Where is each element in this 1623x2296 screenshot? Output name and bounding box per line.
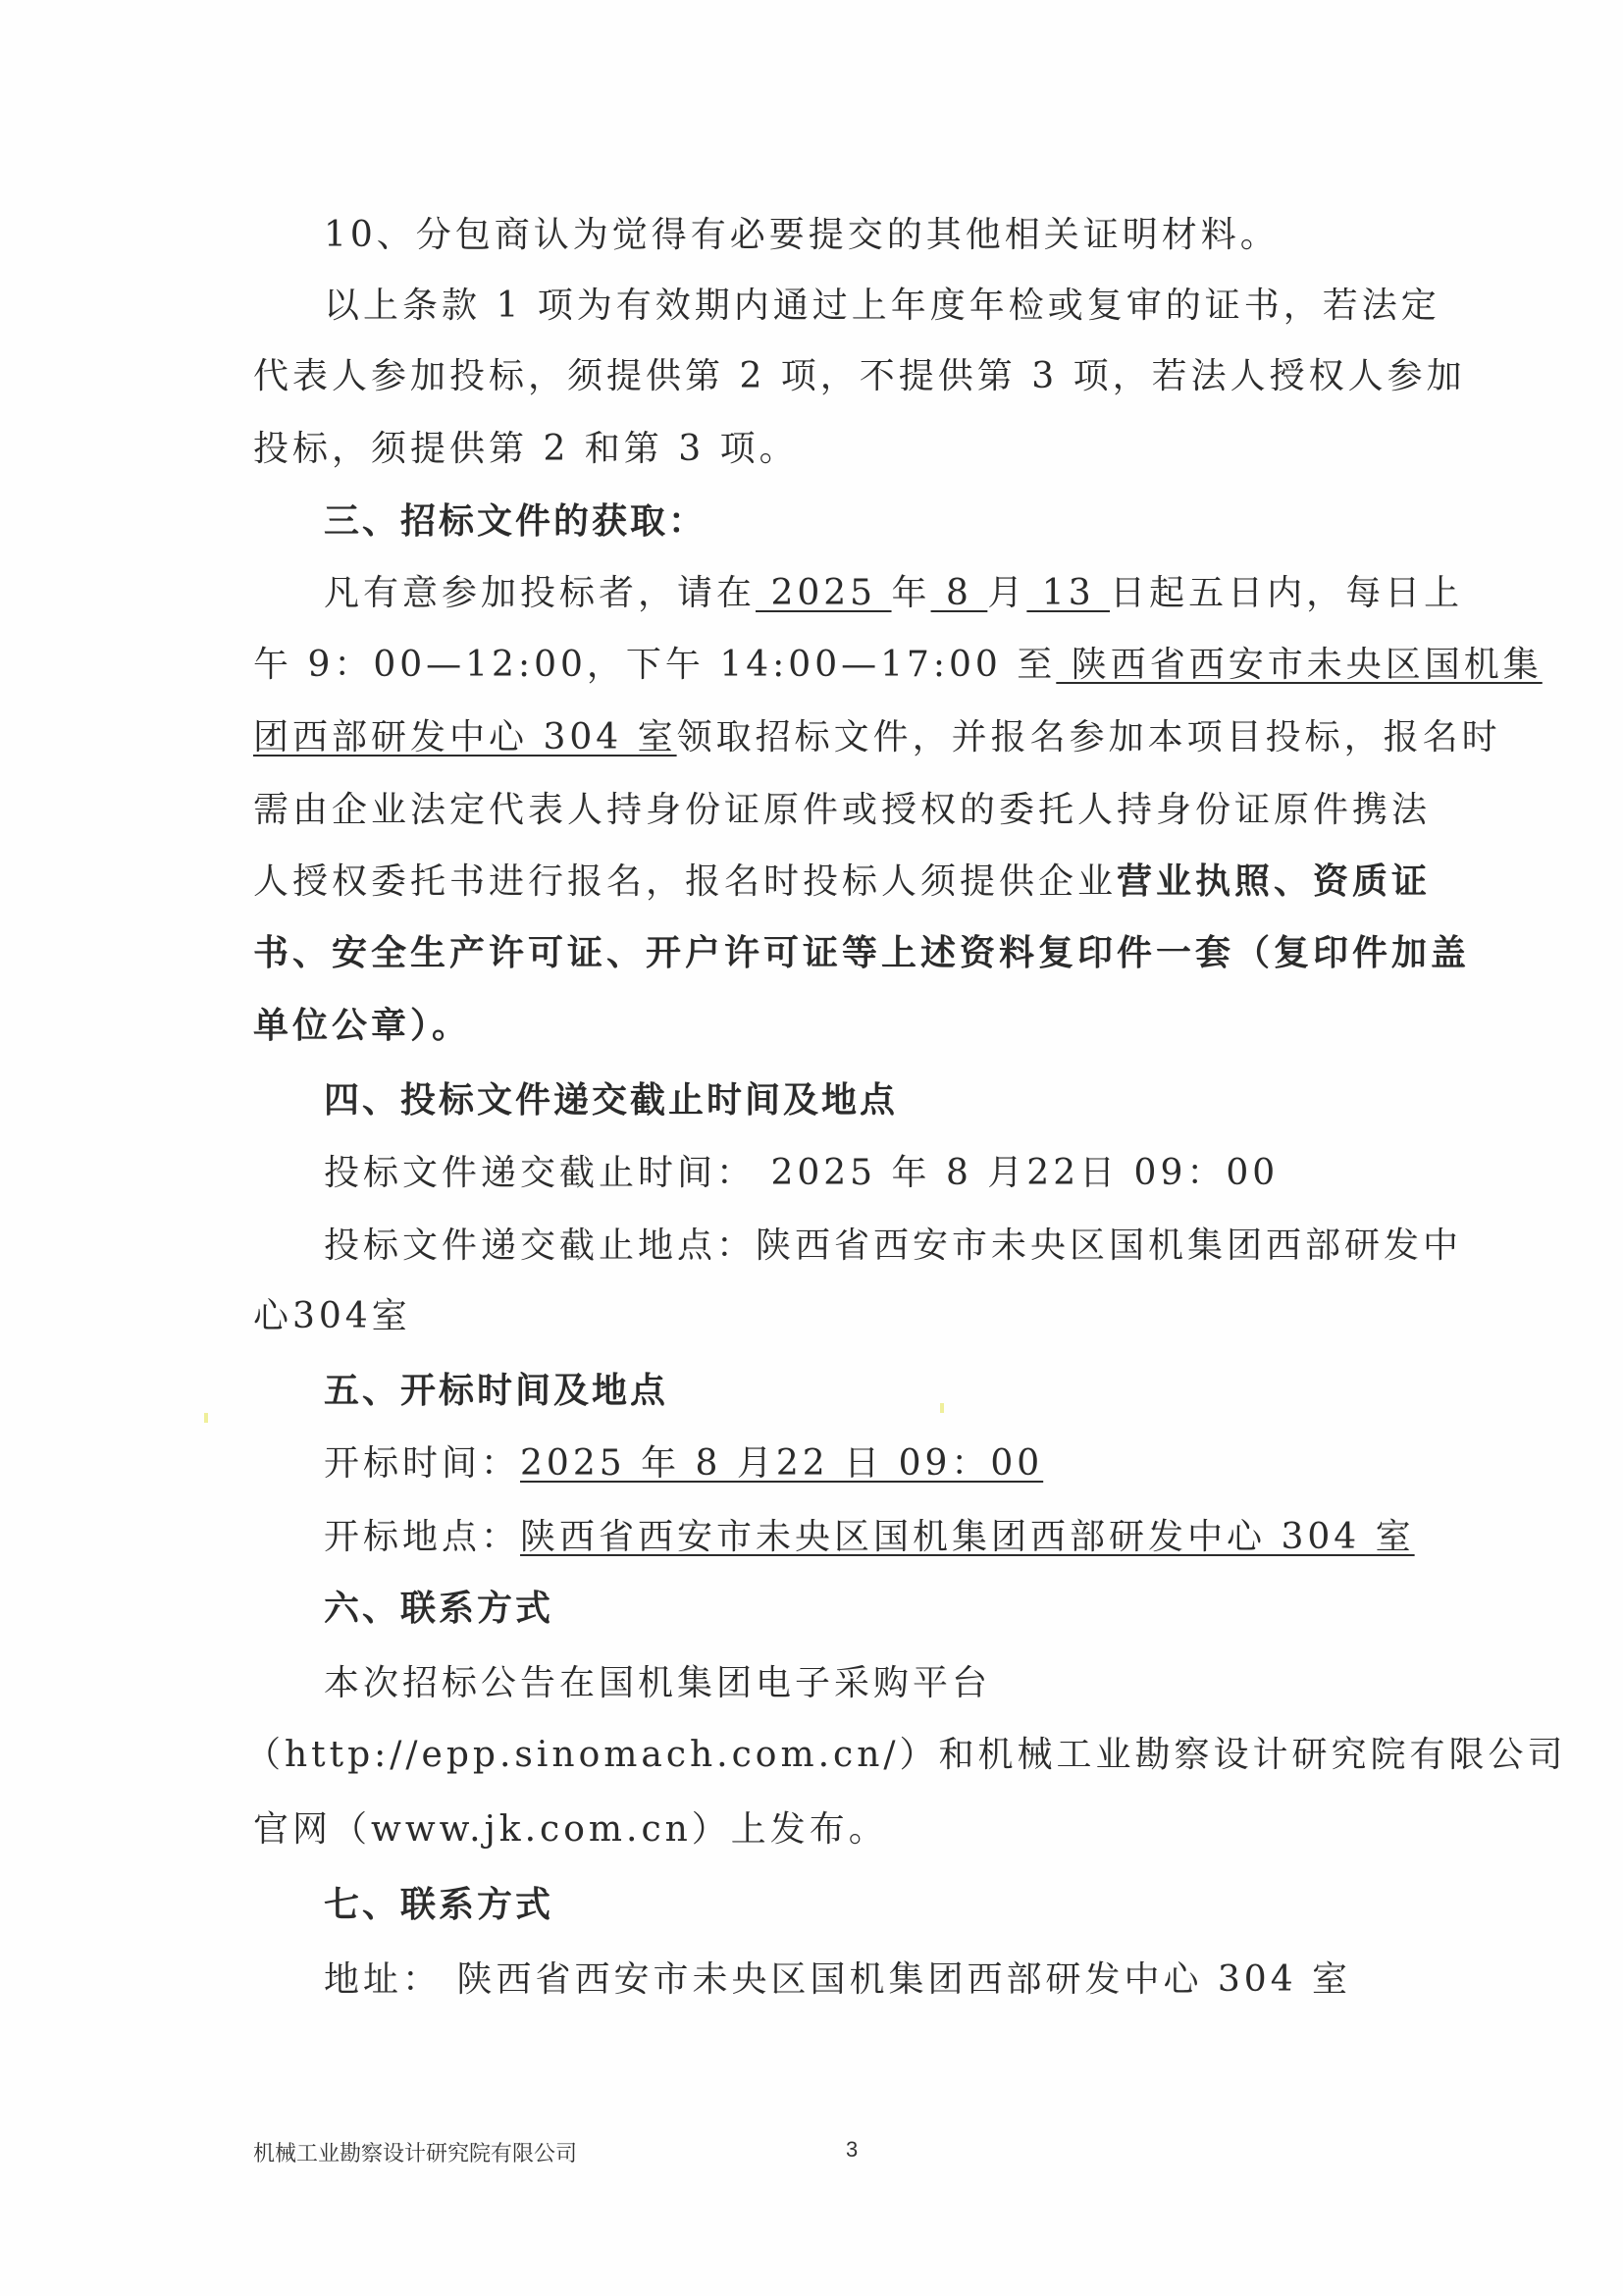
label: 开标地点： xyxy=(324,1517,520,1557)
text: 日起五日内，每日上 xyxy=(1110,573,1463,613)
section-6-line-3: 官网（www.jk.com.cn）上发布。 xyxy=(253,1808,888,1852)
section-3-heading: 三、招标文件的获取： xyxy=(324,500,707,544)
deadline-time: 投标文件递交截止时间： 2025 年 8 月22日 09：00 xyxy=(324,1152,1279,1195)
year-field: 2025 xyxy=(756,573,892,613)
section-3-line-4: 需由企业法定代表人持身份证原件或授权的委托人持身份证原件携法 xyxy=(253,789,1431,832)
section-3-line-2: 午 9：00—12:00，下午 14:00—17:00 至 陕西省西安市未央区国… xyxy=(253,644,1543,687)
footer-company: 机械工业勘察设计研究院有限公司 xyxy=(253,2137,577,2167)
section-6-line-1: 本次招标公告在国机集团电子采购平台 xyxy=(324,1662,991,1705)
page-number: 3 xyxy=(846,2137,858,2163)
text: 午 9：00—12:00，下午 14:00—17:00 至 xyxy=(253,645,1056,685)
label: 开标时间： xyxy=(324,1443,520,1484)
deadline-place: 投标文件递交截止地点：陕西省西安市未央区国机集团西部研发中 xyxy=(324,1225,1462,1268)
text: 年 xyxy=(892,573,931,613)
paragraph-line: 代表人参加投标，须提供第 2 项，不提供第 3 项，若法人授权人参加 xyxy=(253,355,1466,398)
section-3-line-3: 团西部研发中心 304 室领取招标文件，并报名参加本项目投标，报名时 xyxy=(253,716,1501,759)
scan-speck xyxy=(204,1413,208,1423)
section-6-line-2: （http://epp.sinomach.com.cn/）和机械工业勘察设计研究… xyxy=(245,1734,1567,1777)
location-field: 团西部研发中心 304 室 xyxy=(253,717,677,757)
section-6-heading: 六、联系方式 xyxy=(324,1588,553,1631)
day-field: 13 xyxy=(1026,573,1110,613)
document-page: 10、分包商认为觉得有必要提交的其他相关证明材料。 以上条款 1 项为有效期内通… xyxy=(0,0,1623,2296)
text: 月 xyxy=(987,573,1026,613)
paragraph-line: 投标，须提供第 2 和第 3 项。 xyxy=(253,428,799,471)
deadline-place-cont: 心304室 xyxy=(253,1295,411,1338)
item-10: 10、分包商认为觉得有必要提交的其他相关证明材料。 xyxy=(324,214,1280,257)
section-3-line-5: 人授权委托书进行报名，报名时投标人须提供企业营业执照、资质证 xyxy=(253,861,1431,904)
section-7-heading: 七、联系方式 xyxy=(324,1884,553,1927)
section-4-heading: 四、投标文件递交截止时间及地点 xyxy=(324,1079,898,1122)
required-docs: 营业执照、资质证 xyxy=(1117,861,1431,902)
section-3-line-6: 书、安全生产许可证、开户许可证等上述资料复印件一套（复印件加盖 xyxy=(253,932,1470,975)
section-3-line-7: 单位公章）。 xyxy=(253,1005,471,1048)
text: 领取招标文件，并报名参加本项目投标，报名时 xyxy=(677,717,1501,757)
month-field: 8 xyxy=(931,573,988,613)
text: 凡有意参加投标者，请在 xyxy=(324,573,756,613)
opening-time-value: 2025 年 8 月22 日 09：00 xyxy=(520,1443,1043,1484)
section-5-heading: 五、开标时间及地点 xyxy=(324,1370,668,1413)
opening-time: 开标时间：2025 年 8 月22 日 09：00 xyxy=(324,1442,1043,1486)
scan-speck xyxy=(940,1403,944,1413)
location-field: 陕西省西安市未央区国机集 xyxy=(1056,645,1542,685)
opening-place: 开标地点：陕西省西安市未央区国机集团西部研发中心 304 室 xyxy=(324,1516,1415,1559)
paragraph-line: 以上条款 1 项为有效期内通过上年度年检或复审的证书，若法定 xyxy=(324,285,1440,328)
section-3-line-1: 凡有意参加投标者，请在 2025 年 8 月 13 日起五日内，每日上 xyxy=(324,572,1463,615)
text: 人授权委托书进行报名，报名时投标人须提供企业 xyxy=(253,861,1117,902)
contact-address: 地址： 陕西省西安市未央区国机集团西部研发中心 304 室 xyxy=(324,1958,1351,2002)
opening-place-value: 陕西省西安市未央区国机集团西部研发中心 304 室 xyxy=(520,1517,1415,1557)
